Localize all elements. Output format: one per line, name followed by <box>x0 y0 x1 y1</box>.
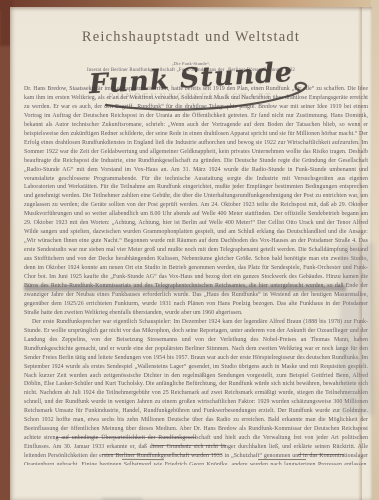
book-page: Reichshauptstadt und Weltstadt „Die Funk… <box>10 7 372 500</box>
ink-strike-mark <box>152 445 226 446</box>
caption-line-1: „Die Funk-Stunde“, <box>10 61 372 66</box>
ink-strike-mark <box>102 454 222 455</box>
page-title: Reichshauptstadt und Weltstadt <box>10 29 372 46</box>
ink-strike-mark <box>298 454 344 455</box>
scan-smudge-band <box>24 285 346 291</box>
ink-strike-mark <box>258 459 306 460</box>
caption-line-2: Inserat der Berliner Rundfunkgesellschaf… <box>10 68 372 73</box>
ghost-advert-caps: RUNDFUNKGESELLSCHAFT <box>10 92 372 101</box>
article-body: Dr. Hans Bredow, Staatssekretär im Reich… <box>24 85 368 465</box>
body-paragraph: Der erste Rundfunksprecher war eigentlic… <box>24 318 368 465</box>
body-paragraph: Dr. Hans Bredow, Staatssekretär im Reich… <box>24 85 368 318</box>
ink-strike-mark <box>56 437 196 438</box>
scan-gray-band <box>340 243 374 415</box>
